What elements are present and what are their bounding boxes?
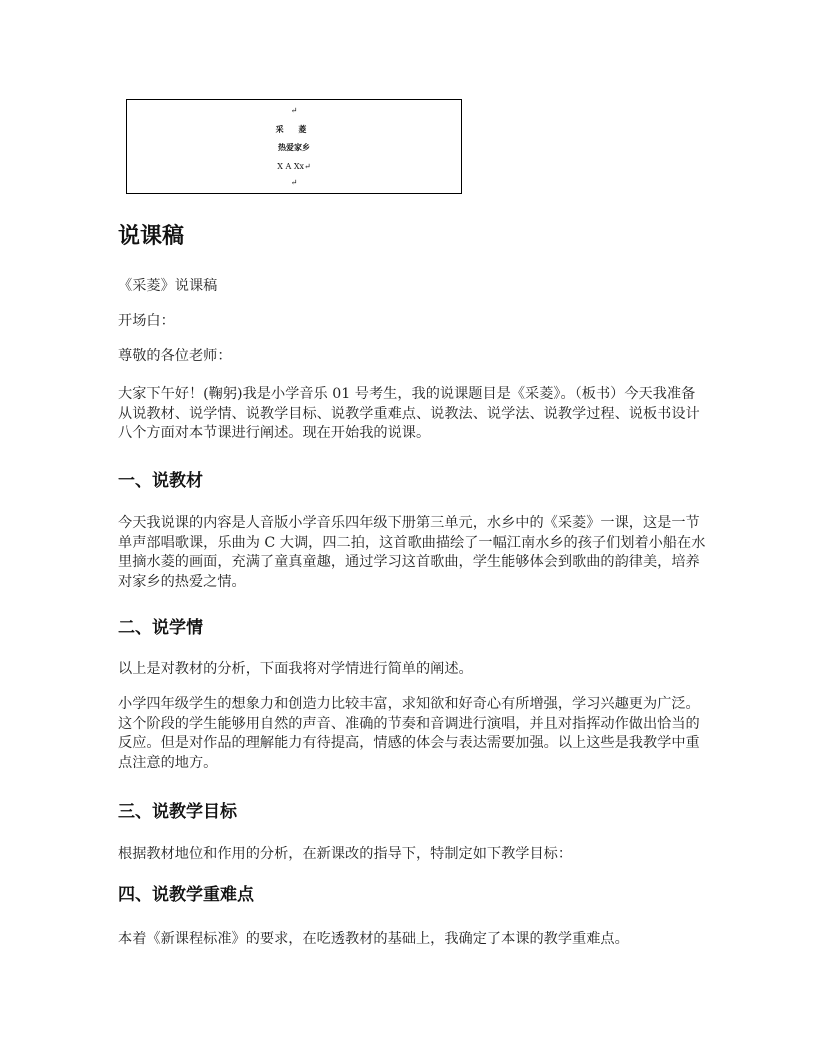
section-paragraph: 今天我说课的内容是人音版小学音乐四年级下册第三单元，水乡中的《采菱》一课，这是一… [118, 514, 708, 592]
section-paragraph: 本着《新课程标准》的要求，在吃透教材的基础上，我确定了本课的教学重难点。 [118, 930, 708, 950]
embedded-figure: ↵ 采 菱 热爱家乡 X A Xx↵ ↵ [126, 99, 462, 194]
section-paragraph: 以上是对教材的分析，下面我将对学情进行简单的阐述。 [118, 660, 708, 680]
section-paragraph: 根据教材地位和作用的分析，在新课改的指导下，特制定如下教学目标： [118, 845, 708, 865]
greeting: 尊敬的各位老师： [118, 347, 708, 367]
figure-subtitle: 热爱家乡 [127, 142, 461, 152]
document-title: 说课稿 [118, 222, 184, 252]
section-paragraph: 小学四年级学生的想象力和创造力比较丰富，求知欲和好奇心有所增强，学习兴趣更为广泛… [118, 695, 708, 773]
section-heading-key-points: 四、说教学重难点 [118, 883, 254, 907]
paragraph-mark: ↵ [127, 178, 461, 188]
lesson-title: 《采菱》说课稿 [118, 277, 708, 297]
figure-title: 采 菱 [127, 124, 461, 134]
paragraph-mark: ↵ [127, 106, 461, 116]
section-heading-textbook: 一、说教材 [118, 469, 203, 493]
section-heading-objectives: 三、说教学目标 [118, 800, 237, 824]
intro-paragraph: 大家下午好！(鞠躬)我是小学音乐 01 号考生，我的说课题目是《采菱》。（板书）… [118, 385, 708, 444]
document-page: ↵ 采 菱 热爱家乡 X A Xx↵ ↵ 说课稿 《采菱》说课稿 开场白： 尊敬… [0, 0, 816, 1056]
section-heading-students: 二、说学情 [118, 616, 203, 640]
opening-label: 开场白： [118, 312, 708, 332]
figure-small-text: X A Xx↵ [127, 162, 461, 172]
